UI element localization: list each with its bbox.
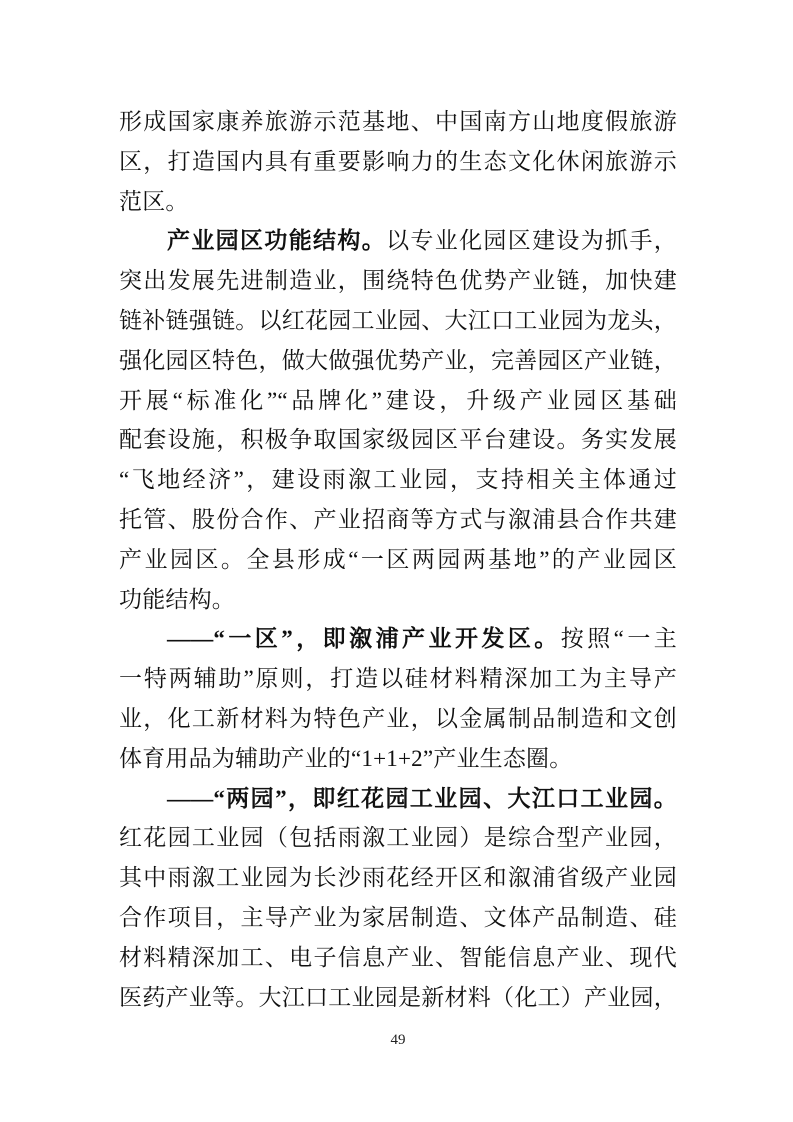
text-run: 一特两辅助”原则，打造以硅材料精深加工为主导产 bbox=[119, 666, 677, 691]
text-line: 其中雨溆工业园为长沙雨花经开区和溆浦省级产业园 bbox=[119, 858, 677, 898]
text-run: 体育用品为辅助产业的“1+1+2”产业生态圈。 bbox=[119, 746, 572, 771]
text-line: 区，打造国内具有重要影响力的生态文化休闲旅游示 bbox=[119, 142, 677, 182]
text-line: ——“两园”，即红花园工业园、大江口工业园。 bbox=[119, 779, 677, 819]
text-run: 链补链强链。以红花园工业园、大江口工业园为龙头， bbox=[119, 308, 677, 333]
text-line: 托管、股份合作、产业招商等方式与溆浦县合作共建 bbox=[119, 500, 677, 540]
text-run: 材料精深加工、电子信息产业、智能信息产业、现代 bbox=[119, 945, 677, 970]
bold-text-run: ——“一区”，即溆浦产业开发区。 bbox=[167, 626, 561, 651]
text-line: 功能结构。 bbox=[119, 580, 677, 620]
text-run: 形成国家康养旅游示范基地、中国南方山地度假旅游 bbox=[119, 109, 677, 134]
text-run: 区，打造国内具有重要影响力的生态文化休闲旅游示 bbox=[119, 149, 677, 174]
text-run: 其中雨溆工业园为长沙雨花经开区和溆浦省级产业园 bbox=[119, 865, 677, 890]
text-run: 开展“标准化”“品牌化”建设，升级产业园区基础 bbox=[119, 388, 677, 413]
document-page: 形成国家康养旅游示范基地、中国南方山地度假旅游区，打造国内具有重要影响力的生态文… bbox=[0, 0, 793, 1122]
text-run: 强化园区特色，做大做强优势产业，完善园区产业链， bbox=[119, 348, 677, 373]
text-line: 形成国家康养旅游示范基地、中国南方山地度假旅游 bbox=[119, 102, 677, 142]
text-run: 托管、股份合作、产业招商等方式与溆浦县合作共建 bbox=[119, 507, 677, 532]
text-line: 医药产业等。大江口工业园是新材料（化工）产业园， bbox=[119, 978, 677, 1018]
bold-text-run: 产业园区功能结构。 bbox=[167, 228, 386, 253]
para-two-parks: ——“两园”，即红花园工业园、大江口工业园。红花园工业园（包括雨溆工业园）是综合… bbox=[119, 779, 677, 1018]
text-run: 业，化工新材料为特色产业，以金属制品制造和文创 bbox=[119, 706, 677, 731]
text-line: 合作项目，主导产业为家居制造、文体产品制造、硅 bbox=[119, 898, 677, 938]
text-run: 以专业化园区建设为抓手， bbox=[386, 228, 677, 253]
text-line: “飞地经济”，建设雨溆工业园，支持相关主体通过 bbox=[119, 460, 677, 500]
text-line: 开展“标准化”“品牌化”建设，升级产业园区基础 bbox=[119, 381, 677, 421]
text-line: 体育用品为辅助产业的“1+1+2”产业生态圈。 bbox=[119, 739, 677, 779]
text-line: 产业园区。全县形成“一区两园两基地”的产业园区 bbox=[119, 540, 677, 580]
text-run: 医药产业等。大江口工业园是新材料（化工）产业园， bbox=[119, 985, 677, 1010]
document-body: 形成国家康养旅游示范基地、中国南方山地度假旅游区，打造国内具有重要影响力的生态文… bbox=[119, 102, 677, 1017]
page-number: 49 bbox=[119, 1032, 677, 1049]
text-line: 强化园区特色，做大做强优势产业，完善园区产业链， bbox=[119, 341, 677, 381]
text-run: 产业园区。全县形成“一区两园两基地”的产业园区 bbox=[119, 547, 677, 572]
text-run: 合作项目，主导产业为家居制造、文体产品制造、硅 bbox=[119, 905, 677, 930]
text-line: 一特两辅助”原则，打造以硅材料精深加工为主导产 bbox=[119, 659, 677, 699]
para-industrial-park-structure: 产业园区功能结构。以专业化园区建设为抓手，突出发展先进制造业，围绕特色优势产业链… bbox=[119, 221, 677, 619]
text-line: 配套设施，积极争取国家级园区平台建设。务实发展 bbox=[119, 420, 677, 460]
text-run: 红花园工业园（包括雨溆工业园）是综合型产业园， bbox=[119, 825, 677, 850]
text-line: 业，化工新材料为特色产业，以金属制品制造和文创 bbox=[119, 699, 677, 739]
text-line: 材料精深加工、电子信息产业、智能信息产业、现代 bbox=[119, 938, 677, 978]
text-run: 突出发展先进制造业，围绕特色优势产业链，加快建 bbox=[119, 268, 677, 293]
para-tourism-continuation: 形成国家康养旅游示范基地、中国南方山地度假旅游区，打造国内具有重要影响力的生态文… bbox=[119, 102, 677, 221]
text-run: 范区。 bbox=[119, 189, 189, 214]
text-line: ——“一区”，即溆浦产业开发区。按照“一主 bbox=[119, 619, 677, 659]
text-run: 功能结构。 bbox=[119, 587, 235, 612]
text-line: 范区。 bbox=[119, 182, 677, 222]
text-run: “飞地经济”，建设雨溆工业园，支持相关主体通过 bbox=[119, 467, 677, 492]
text-line: 突出发展先进制造业，围绕特色优势产业链，加快建 bbox=[119, 261, 677, 301]
para-one-zone: ——“一区”，即溆浦产业开发区。按照“一主一特两辅助”原则，打造以硅材料精深加工… bbox=[119, 619, 677, 778]
text-run: 配套设施，积极争取国家级园区平台建设。务实发展 bbox=[119, 427, 677, 452]
bold-text-run: ——“两园”，即红花园工业园、大江口工业园。 bbox=[167, 786, 677, 811]
text-run: 按照“一主 bbox=[561, 626, 677, 651]
text-line: 链补链强链。以红花园工业园、大江口工业园为龙头， bbox=[119, 301, 677, 341]
text-line: 产业园区功能结构。以专业化园区建设为抓手， bbox=[119, 221, 677, 261]
text-line: 红花园工业园（包括雨溆工业园）是综合型产业园， bbox=[119, 818, 677, 858]
